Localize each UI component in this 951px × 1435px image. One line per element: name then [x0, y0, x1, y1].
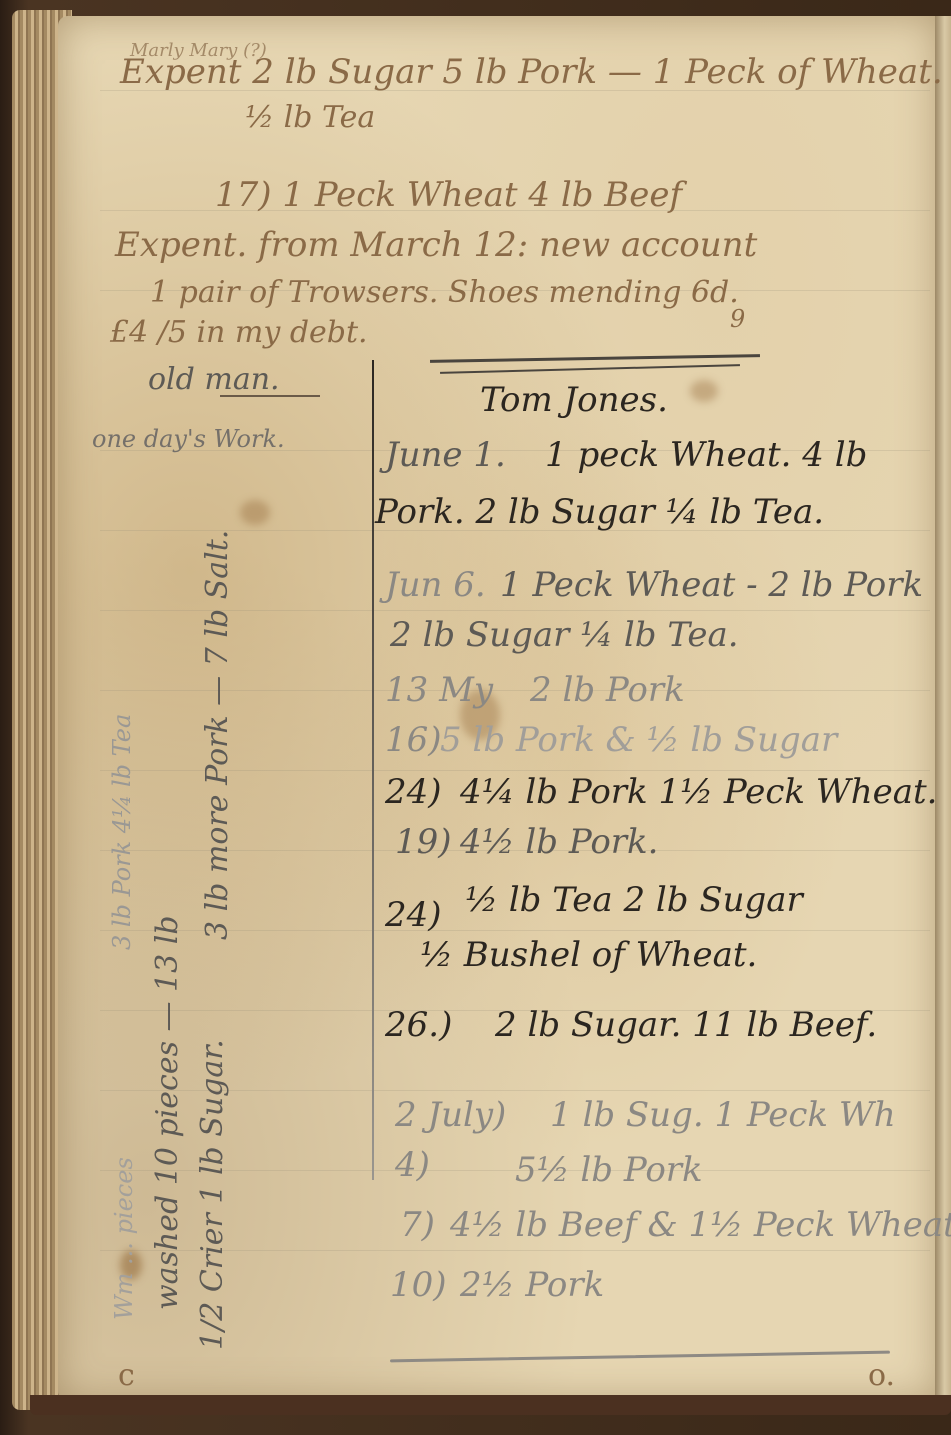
- entry-date: 2 July): [395, 1095, 506, 1135]
- entry-date: 16): [385, 720, 442, 760]
- entry-date: 24): [385, 772, 442, 812]
- heading-underline: [220, 395, 320, 397]
- ink-stain: [240, 500, 270, 525]
- next-page-edge: [935, 16, 951, 1401]
- old-man-heading: old man.: [148, 362, 280, 397]
- top-line-5-sub: 9: [730, 305, 745, 333]
- top-line-3: 17) 1 Peck Wheat 4 lb Beef: [215, 175, 682, 215]
- entry-text: 2 lb Sugar ¼ lb Tea.: [390, 615, 739, 655]
- column-divider: [372, 360, 374, 1180]
- page-mark-left: c: [118, 1358, 135, 1393]
- page-mark-right: o.: [868, 1358, 895, 1393]
- entry-text: 4½ lb Pork.: [460, 822, 658, 862]
- entry-date: 24): [385, 895, 442, 935]
- entry-text: 4¼ lb Pork 1½ Peck Wheat.: [460, 772, 938, 812]
- entry-date: 19): [395, 822, 452, 862]
- entry-text: ½ lb Tea 2 lb Sugar: [465, 880, 803, 920]
- entry-date: Jun 6.: [385, 565, 486, 605]
- entry-date: 13 My: [385, 670, 493, 710]
- entry-date: 10): [390, 1265, 447, 1305]
- top-line-6: £4 /5 in my debt.: [110, 315, 368, 350]
- entry-text: 5 lb Pork & ½ lb Sugar: [440, 720, 837, 760]
- entry-date: 26.): [385, 1005, 452, 1045]
- top-line-1: Expent 2 lb Sugar 5 lb Pork — 1 Peck of …: [120, 52, 943, 92]
- entry-date: June 1.: [385, 435, 506, 475]
- entry-text: 2 lb Pork: [530, 670, 685, 710]
- vertical-note-1: 3 lb more Pork — 7 lb Salt.: [200, 530, 235, 940]
- top-line-5: 1 pair of Trowsers. Shoes mending 6d.: [150, 275, 739, 310]
- entry-text: ½ Bushel of Wheat.: [420, 935, 757, 975]
- entry-text: 4½ lb Beef & 1½ Peck Wheat: [450, 1205, 951, 1245]
- vertical-note-4: 1/2 Crier 1 lb Sugar.: [195, 1039, 230, 1350]
- cover-bottom-edge: [30, 1395, 951, 1415]
- vertical-note-3: washed 10 pieces — 13 lb: [150, 915, 185, 1310]
- top-line-4: Expent. from March 12: new account: [115, 225, 757, 265]
- entry-text: 1 peck Wheat. 4 lb: [545, 435, 867, 475]
- top-line-2: ½ lb Tea: [245, 100, 375, 135]
- account-title: Tom Jones.: [480, 380, 668, 420]
- entry-text: Pork. 2 lb Sugar ¼ lb Tea.: [375, 492, 824, 532]
- vertical-note-2: 3 lb Pork 4¼ lb Tea: [108, 714, 136, 950]
- entry-date: 4): [395, 1145, 430, 1185]
- entry-date: 7): [400, 1205, 435, 1245]
- entry-text: 2 lb Sugar. 11 lb Beef.: [495, 1005, 877, 1045]
- one-days-work: one day's Work.: [92, 425, 285, 453]
- vertical-note-5: Wm ... pieces: [110, 1157, 138, 1320]
- entry-text: 2½ Pork: [460, 1265, 604, 1305]
- entry-text: 5½ lb Pork: [515, 1150, 703, 1190]
- ink-stain: [690, 380, 718, 402]
- entry-text: 1 Peck Wheat - 2 lb Pork: [500, 565, 923, 605]
- entry-text: 1 lb Sug. 1 Peck Wh: [550, 1095, 896, 1135]
